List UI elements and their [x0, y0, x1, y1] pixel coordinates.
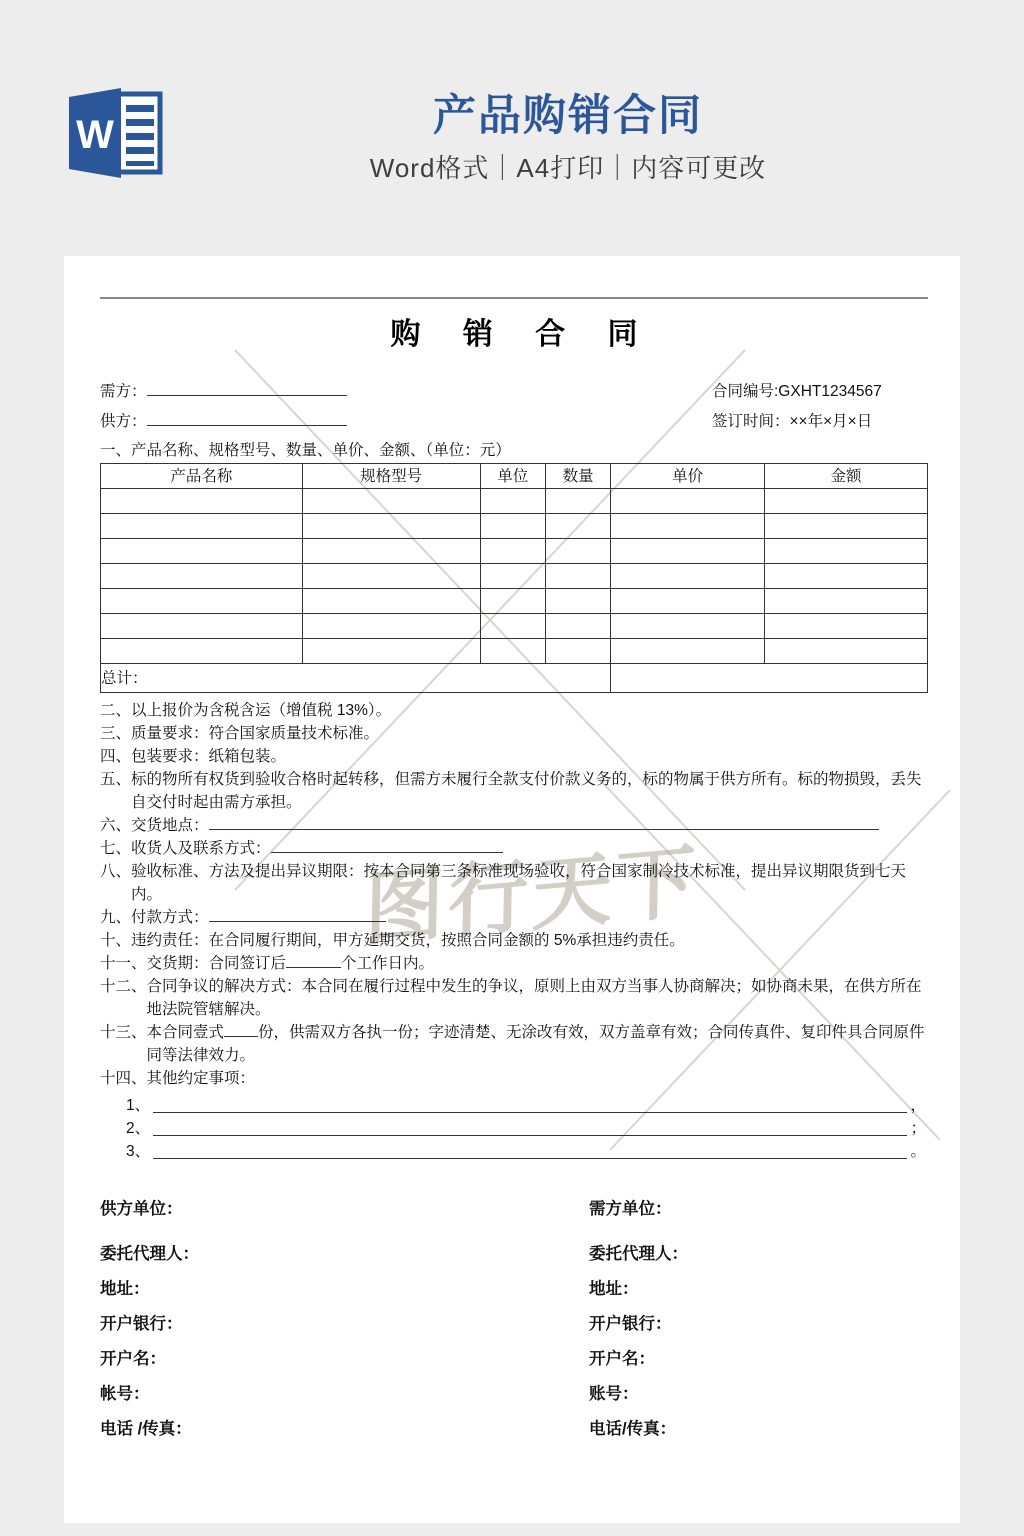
item-tail: ，: [910, 1094, 926, 1117]
header-subtitle: Word格式｜A4打印｜内容可更改: [56, 153, 1024, 183]
table-total-row: 总计：: [101, 664, 928, 693]
clause-number: 十三、: [100, 1021, 147, 1067]
supplier-blank-line: [147, 410, 347, 426]
clause-number: 六、: [100, 814, 131, 837]
blank-line: [224, 1021, 258, 1037]
clause-number: 十、: [100, 929, 131, 952]
clause-item-9: 九、付款方式：: [100, 906, 928, 929]
products-table: 产品名称 规格型号 单位 数量 单价 金额 总计：: [100, 463, 928, 693]
contract-title: 购 销 合 同: [100, 315, 928, 355]
clause-number: 五、: [100, 768, 131, 814]
clause-item-13: 十三、本合同壹式份，供需双方各执一份；字迹清楚、无涂改有效，双方盖章有效；合同传…: [100, 1021, 928, 1067]
item-number: 1、: [126, 1094, 150, 1117]
supplier-account-no-label: 帐号：: [100, 1384, 589, 1404]
table-row: [101, 514, 928, 539]
item-tail: ；: [910, 1117, 926, 1140]
table-header-row: 产品名称 规格型号 单位 数量 单价 金额: [101, 464, 928, 489]
signature-block: 供方单位： 委托代理人： 地址： 开户银行： 开户名： 帐号： 电话 /传真： …: [100, 1199, 928, 1454]
clause-text: 本合同壹式份，供需双方各执一份；字迹清楚、无涂改有效，双方盖章有效；合同传真件、…: [147, 1021, 928, 1067]
clause-number: 八、: [100, 860, 131, 906]
buyer-agent-label: 委托代理人：: [589, 1244, 928, 1264]
clause-text: 合同争议的解决方式：本合同在履行过程中发生的争议，原则上由双方当事人协商解决；如…: [147, 975, 928, 1021]
clause-text: 标的物所有权货到验收合格时起转移，但需方未履行全款支付价款义务的，标的物属于供方…: [131, 768, 928, 814]
other-item-2: 2、；: [126, 1117, 926, 1140]
supplier-agent-label: 委托代理人：: [100, 1244, 589, 1264]
clause-item-6: 六、交货地点：: [100, 814, 928, 837]
clause-number: 二、: [100, 699, 131, 722]
buyer-account-name-label: 开户名：: [589, 1349, 928, 1369]
table-row: [101, 539, 928, 564]
clause-item-11: 十一、交货期：合同签订后个工作日内。: [100, 952, 928, 975]
blank-line: [153, 1117, 907, 1136]
table-row: [101, 489, 928, 514]
total-label: 总计：: [101, 664, 611, 693]
buyer-signature-column: 需方单位： 委托代理人： 地址： 开户银行： 开户名： 账号： 电话/传真：: [589, 1199, 928, 1454]
products-clause-heading: 一、产品名称、规格型号、数量、单价、金额、（单位：元）: [100, 441, 928, 461]
clause-item-14: 十四、其他约定事项：: [100, 1067, 928, 1090]
col-header-spec-model: 规格型号: [302, 464, 480, 489]
buyer-phone-label: 电话/传真：: [589, 1419, 928, 1439]
clauses-list: 二、以上报价为含税含运（增值税 13%）。 三、质量要求：符合国家质量技术标准。…: [100, 699, 928, 1090]
clause-item-5: 五、标的物所有权货到验收合格时起转移，但需方未履行全款支付价款义务的，标的物属于…: [100, 768, 928, 814]
supplier-account-name-label: 开户名：: [100, 1349, 589, 1369]
table-row: [101, 614, 928, 639]
clause-number: 三、: [100, 722, 131, 745]
clause-number: 四、: [100, 745, 131, 768]
col-header-unit-price: 单价: [611, 464, 765, 489]
blank-line: [153, 1140, 907, 1159]
clause-item-8: 八、验收标准、方法及提出异议期限：按本合同第三条标准现场验收，符合国家制冷技术标…: [100, 860, 928, 906]
clause-number: 十四、: [100, 1067, 147, 1090]
col-header-product-name: 产品名称: [101, 464, 303, 489]
supplier-address-label: 地址：: [100, 1279, 589, 1299]
clause-item-4: 四、包装要求：纸箱包装。: [100, 745, 928, 768]
clause-text: 付款方式：: [131, 906, 928, 929]
preview-header: W 产品购销合同 Word格式｜A4打印｜内容可更改: [0, 0, 1024, 256]
supplier-bank-label: 开户银行：: [100, 1314, 589, 1334]
clause-text: 收货人及联系方式：: [131, 837, 928, 860]
buyer-bank-label: 开户银行：: [589, 1314, 928, 1334]
clause-item-10: 十、违约责任：在合同履行期间，甲方延期交货，按照合同金额的 5%承担违约责任。: [100, 929, 928, 952]
buyer-line: 需方：: [100, 377, 347, 407]
clause-item-2: 二、以上报价为含税含运（增值税 13%）。: [100, 699, 928, 722]
other-items-list: 1、， 2、； 3、。: [100, 1094, 928, 1163]
table-row: [101, 589, 928, 614]
table-row: [101, 639, 928, 664]
blank-line: [271, 837, 503, 853]
blank-line: [153, 1094, 907, 1113]
item-number: 3、: [126, 1140, 150, 1163]
clause-item-3: 三、质量要求：符合国家质量技术标准。: [100, 722, 928, 745]
contract-info-row: 需方： 供方： 合同编号:GXHT1234567 签订时间：××年×月×日: [100, 377, 928, 437]
clause-item-12: 十二、合同争议的解决方式：本合同在履行过程中发生的争议，原则上由双方当事人协商解…: [100, 975, 928, 1021]
buyer-account-no-label: 账号：: [589, 1384, 928, 1404]
buyer-label: 需方：: [100, 383, 147, 400]
supplier-line: 供方：: [100, 407, 347, 437]
buyer-company-label: 需方单位：: [589, 1199, 928, 1219]
clause-text: 交货期：合同签订后个工作日内。: [147, 952, 928, 975]
item-number: 2、: [126, 1117, 150, 1140]
document-page: 图行天下 购 销 合 同 需方： 供方： 合同编号:GXHT1234567 签订…: [64, 256, 960, 1523]
clause-text: 违约责任：在合同履行期间，甲方延期交货，按照合同金额的 5%承担违约责任。: [131, 929, 928, 952]
supplier-phone-label: 电话 /传真：: [100, 1419, 589, 1439]
clause-item-7: 七、收货人及联系方式：: [100, 837, 928, 860]
clause-text: 以上报价为含税含运（增值税 13%）。: [131, 699, 928, 722]
clause-number: 十一、: [100, 952, 147, 975]
contract-number: 合同编号:GXHT1234567: [712, 377, 928, 407]
blank-line: [209, 906, 386, 922]
blank-line: [286, 952, 341, 968]
col-header-unit: 单位: [480, 464, 545, 489]
clause-number: 九、: [100, 906, 131, 929]
col-header-quantity: 数量: [545, 464, 610, 489]
total-value-cell: [611, 664, 928, 693]
blank-line: [209, 814, 879, 830]
supplier-company-label: 供方单位：: [100, 1199, 589, 1219]
supplier-label: 供方：: [100, 413, 147, 430]
clause-text: 验收标准、方法及提出异议期限：按本合同第三条标准现场验收，符合国家制冷技术标准，…: [131, 860, 928, 906]
clause-text: 质量要求：符合国家质量技术标准。: [131, 722, 928, 745]
clause-text: 交货地点：: [131, 814, 928, 837]
col-header-amount: 金额: [765, 464, 928, 489]
buyer-blank-line: [147, 380, 347, 396]
item-tail: 。: [910, 1140, 926, 1163]
clause-number: 七、: [100, 837, 131, 860]
table-row: [101, 564, 928, 589]
clause-text: 其他约定事项：: [147, 1067, 928, 1090]
page-title: 产品购销合同: [56, 92, 1024, 140]
supplier-signature-column: 供方单位： 委托代理人： 地址： 开户银行： 开户名： 帐号： 电话 /传真：: [100, 1199, 589, 1454]
clause-number: 十二、: [100, 975, 147, 1021]
other-item-1: 1、，: [126, 1094, 926, 1117]
other-item-3: 3、。: [126, 1140, 926, 1163]
buyer-address-label: 地址：: [589, 1279, 928, 1299]
top-divider: [100, 297, 928, 299]
sign-date: 签订时间：××年×月×日: [712, 407, 928, 437]
clause-text: 包装要求：纸箱包装。: [131, 745, 928, 768]
